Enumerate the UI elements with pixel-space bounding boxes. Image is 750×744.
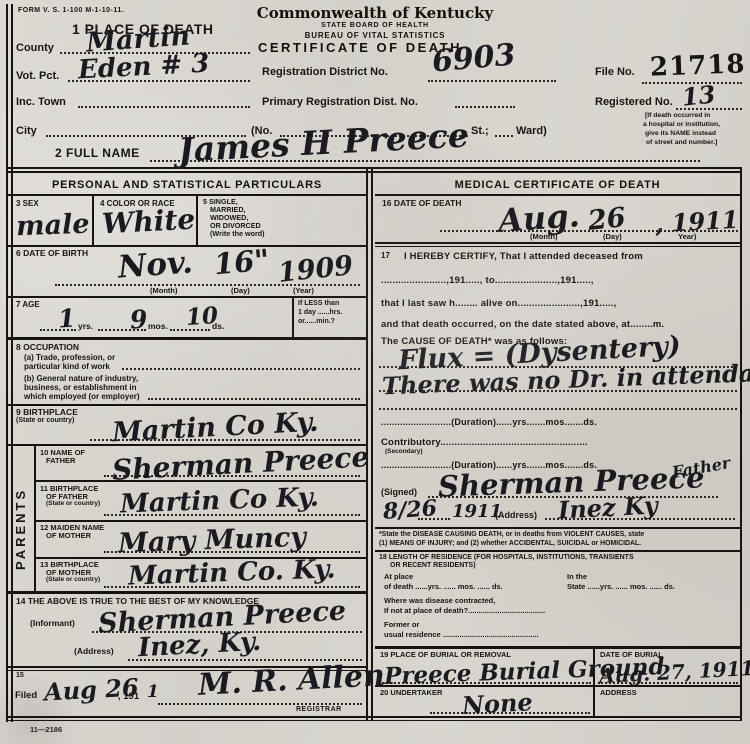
filed-date-value: Aug 26 (43, 676, 139, 705)
dob-year-value: 1909 (277, 252, 355, 287)
age-days-value: 10 (185, 304, 219, 329)
less-than-day-line3: or......min.? (298, 318, 335, 326)
dod-rule-2 (375, 246, 740, 247)
burial-top-rule (375, 646, 740, 649)
father-birthplace-label-line3: (State or country) (46, 500, 100, 507)
signed-relation: Father (671, 455, 731, 481)
column-divider-right (371, 167, 373, 720)
date-of-death-label: 16 DATE OF DEATH (382, 199, 462, 209)
dob-year-sublabel: (Year) (293, 287, 314, 296)
city-st-line (495, 135, 513, 137)
occupation-a-line (122, 368, 360, 370)
date-of-death-month: Aug. (497, 199, 581, 237)
occupation-a-line1: (a) Trade, profession, or (24, 353, 115, 362)
mother-name-value: Mary Muncy (118, 524, 307, 558)
contracted-line1: Where was disease contracted, (384, 597, 495, 606)
hospital-note-line3: give its NAME instead (645, 130, 716, 138)
reg-district-label: Registration District No. (262, 66, 388, 79)
informant-label: (Informant) (30, 619, 75, 629)
secondary-sublabel: (Secondary) (385, 448, 423, 455)
hospital-note-line4: of street and number.] (646, 139, 717, 147)
age-mos-unit: mos. (148, 322, 168, 332)
mother-name-label-line2: OF MOTHER (46, 532, 91, 541)
residence-top-rule (375, 550, 740, 552)
personal-title-rule (8, 194, 366, 196)
registered-no-value: 13 (681, 82, 717, 109)
county-label: County (16, 42, 54, 55)
date-of-death-year: , 1911 (654, 208, 739, 236)
reg-district-line (428, 80, 556, 82)
age-row-rule (8, 337, 366, 340)
contracted-line2: If not at place of death?...............… (384, 607, 545, 616)
inc-town-line (78, 106, 250, 108)
item-15-number: 15 (16, 672, 24, 680)
commonwealth-title: Commonwealth of Kentucky (240, 4, 510, 22)
age-years-value: 1 (57, 305, 76, 331)
primary-reg-line (455, 106, 515, 108)
occupation-b-line2: business, or establishment in (24, 383, 136, 392)
certify-item-number: 17 (381, 251, 390, 260)
dob-month-value: Nov. (117, 247, 194, 283)
in-state-line2: State ......yrs. ...... mos. ...... ds. (567, 583, 675, 592)
inc-town-label: Inc. Town (16, 96, 66, 109)
city-st-label: St.; (471, 125, 489, 138)
birthplace-sublabel: (State or country) (16, 417, 74, 425)
informant-address-value: Inez, Ky. (137, 629, 261, 661)
state-board-subtitle: STATE BOARD OF HEALTH (240, 22, 510, 29)
medical-title-rule (375, 194, 740, 196)
date-of-death-day: 26 (587, 204, 627, 235)
signed-year-value: 1911 (452, 503, 502, 521)
primary-reg-label: Primary Registration Dist. No. (262, 96, 418, 109)
cause-line-3 (379, 408, 737, 410)
in-state-line1: In the (567, 573, 587, 582)
mother-birthplace-value: Martin Co. Ky. (128, 556, 336, 589)
footnote-line2: (1) MEANS OF INJURY; and (2) whether ACC… (379, 540, 641, 548)
header-bottom-rule-2 (8, 171, 742, 173)
signed-address-value: Inez Ky (557, 493, 658, 522)
file-no-label: File No. (595, 66, 635, 79)
certify-line4: and that death occurred, on the date sta… (381, 320, 664, 331)
mother-birthplace-label-line3: (State or country) (46, 576, 100, 583)
parents-sidebar-divider (34, 444, 36, 591)
full-name-label: 2 FULL NAME (55, 147, 140, 161)
age-months-value: 9 (129, 306, 148, 332)
undertaker-value: None (461, 690, 533, 718)
death-certificate-scan: FORM V. S. 1-100 M-1-10-11. 1 PLACE OF D… (0, 0, 750, 744)
hospital-note-line1: [If death occurred in (645, 112, 710, 120)
dod-rule-1 (375, 242, 740, 244)
filed-line (158, 703, 362, 705)
reg-district-value: 6903 (431, 40, 517, 77)
former-residence-line2: usual residence ........................… (384, 631, 539, 640)
occupation-b-line1: (b) General nature of industry, (24, 374, 138, 383)
age-yrs-unit: yrs. (78, 322, 93, 332)
informant-address-label: (Address) (74, 647, 114, 657)
registrar-label: REGISTRAR (296, 706, 342, 714)
occupation-b-line (148, 398, 360, 400)
sex-value: male (16, 211, 90, 241)
dob-day-value: 16" (213, 246, 271, 280)
father-birthplace-rule (34, 520, 366, 522)
vot-pct-label: Vot. Pct. (16, 70, 59, 83)
occupation-b-line3: which employed (or employer) (24, 392, 140, 401)
parents-sidebar-label: PARENTS (14, 470, 29, 570)
form-number: FORM V. S. 1-100 M-1-10-11. (18, 7, 124, 15)
hospital-note-line2: a hospital or institution, (643, 121, 720, 129)
footnote-line1: *State the DISEASE CAUSING DEATH, or in … (379, 531, 644, 539)
bottom-rule-2 (8, 720, 742, 721)
dob-month-sublabel: (Month) (150, 287, 177, 296)
filed-label: Filed (15, 691, 37, 702)
city-label: City (16, 125, 37, 138)
less-than-day-line2: 1 day ......hrs. (298, 309, 342, 317)
signed-label: (Signed) (381, 487, 417, 497)
father-name-label-line2: FATHER (46, 457, 75, 466)
certify-line1: I HEREBY CERTIFY, That I attended deceas… (404, 252, 643, 263)
former-residence-line1: Former or (384, 621, 419, 630)
occupation-row-rule (8, 404, 366, 406)
less-than-day-line1: If LESS than (298, 300, 339, 308)
occupation-label: 8 OCCUPATION (16, 343, 79, 353)
occupation-a-line2: particular kind of work (24, 362, 110, 371)
undertaker-address-label: ADDRESS (600, 689, 637, 698)
footnote-top-rule (375, 527, 740, 529)
undertaker-label: 20 UNDERTAKER (380, 689, 442, 698)
residence-label-line1: 18 LENGTH OF RESIDENCE (FOR HOSPITALS, I… (379, 554, 634, 562)
duration-line-1: ..........................(Duration)....… (381, 417, 597, 427)
dob-row-rule (8, 296, 366, 298)
parents-bottom-rule (8, 591, 366, 594)
at-place-line2: of death ......yrs. ...... mos. ...... d… (384, 583, 503, 592)
left-border-outer (6, 4, 8, 722)
at-place-line1: At place (384, 573, 413, 582)
vot-pct-value: Eden # 3 (77, 51, 210, 84)
residence-label-line2: OR RECENT RESIDENTS) (390, 562, 476, 570)
age-label: 7 AGE (16, 300, 40, 309)
registered-no-label: Registered No. (595, 96, 673, 109)
certify-line3: that I last saw h........ alive on......… (381, 299, 616, 310)
sex-label: 3 SEX (16, 199, 39, 208)
father-name-value: Sherman Preece (111, 443, 369, 484)
registrar-signature: M. R. Allen (197, 661, 385, 701)
left-border-inner (11, 4, 13, 722)
race-marital-divider (196, 196, 198, 245)
personal-section-title: PERSONAL AND STATISTICAL PARTICULARS (8, 179, 366, 191)
marital-label-line5: (Write the word) (210, 230, 265, 238)
certify-line2: .......................,191....., to....… (381, 276, 594, 287)
dob-label: 6 DATE OF BIRTH (16, 249, 88, 259)
header-bottom-rule-1 (8, 167, 742, 169)
medical-section-title: MEDICAL CERTIFICATE OF DEATH (375, 179, 740, 191)
bureau-subtitle: BUREAU OF VITAL STATISTICS (240, 31, 510, 40)
race-value: White (101, 206, 196, 239)
age-lessbox-divider (292, 296, 294, 337)
sex-race-divider (92, 196, 94, 245)
bottom-rule-1 (8, 716, 742, 718)
city-ward-label: Ward) (516, 125, 547, 138)
file-no-value: 21718 (650, 51, 746, 80)
right-border (740, 167, 742, 720)
father-birthplace-value: Martin Co Ky. (120, 485, 320, 518)
print-code: 11—2186 (30, 726, 62, 735)
dob-day-sublabel: (Day) (231, 287, 250, 296)
signed-date-value: 8/26 (382, 497, 437, 523)
filed-year-digit: 1 (147, 684, 159, 701)
